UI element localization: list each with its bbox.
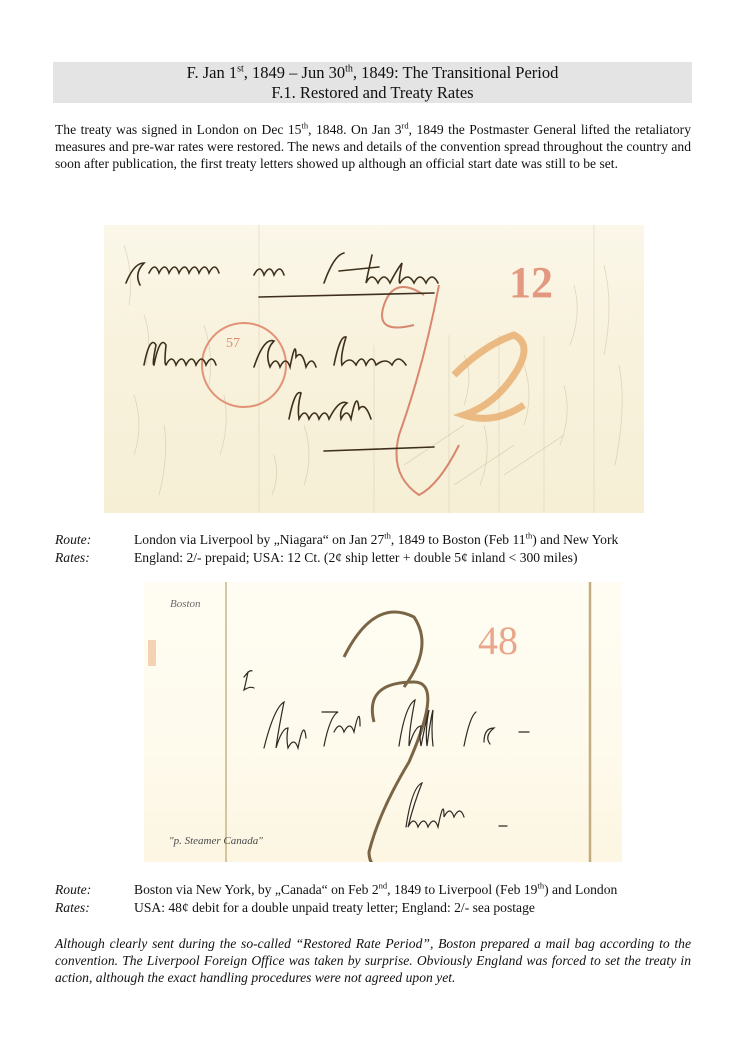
svg-text:Boston: Boston [170, 598, 201, 610]
closing-paragraph: Although clearly sent during the so-call… [55, 935, 691, 987]
section-title-banner: F. Jan 1st, 1849 – Jun 30th, 1849: The T… [53, 62, 692, 103]
rates-text: USA: 48¢ debit for a double unpaid treat… [134, 899, 535, 917]
letter-cover-image-2: 48 Boston "p. Steamer Canada" [144, 582, 622, 862]
svg-text:48: 48 [478, 618, 518, 663]
letter-1-caption: Route: London via Liverpool by „Niagara“… [55, 531, 618, 567]
section-subtitle: F.1. Restored and Treaty Rates [53, 83, 692, 103]
intro-paragraph: The treaty was signed in London on Dec 1… [55, 121, 691, 173]
route-label: Route: [55, 881, 134, 899]
route-text: Boston via New York, by „Canada“ on Feb … [134, 881, 617, 899]
svg-text:12: 12 [509, 258, 553, 307]
rates-label: Rates: [55, 899, 134, 917]
route-label: Route: [55, 531, 134, 549]
route-text: London via Liverpool by „Niagara“ on Jan… [134, 531, 618, 549]
rates-label: Rates: [55, 549, 134, 567]
svg-text:57: 57 [226, 336, 240, 351]
rates-text: England: 2/- prepaid; USA: 12 Ct. (2¢ sh… [134, 549, 577, 567]
section-title: F. Jan 1st, 1849 – Jun 30th, 1849: The T… [53, 63, 692, 83]
letter-2-caption: Route: Boston via New York, by „Canada“ … [55, 881, 617, 917]
svg-text:"p. Steamer Canada": "p. Steamer Canada" [169, 835, 263, 847]
letter-cover-image-1: 57 12 [104, 225, 644, 513]
